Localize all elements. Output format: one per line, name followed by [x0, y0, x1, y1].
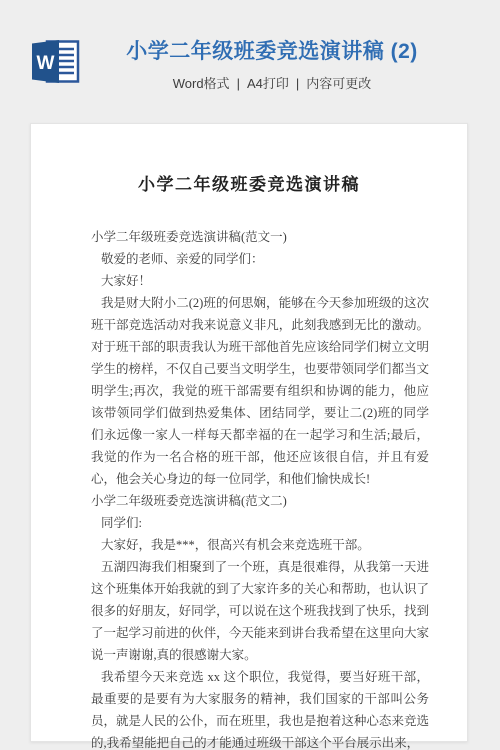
document-title: 小学二年级班委竞选演讲稿: [31, 174, 467, 196]
paragraph: 我是财大附小二(2)班的何思娴，能够在今天参加班级的这次班干部竞选活动对我来说意…: [91, 292, 429, 490]
word-file-icon: W: [32, 40, 80, 83]
format-word: Word格式: [173, 76, 230, 91]
page-title: 小学二年级班委竞选演讲稿 (2): [44, 38, 500, 65]
divider: |: [237, 76, 240, 91]
word-icon-letter: W: [37, 53, 55, 74]
format-editable: 内容可更改: [306, 76, 371, 91]
paragraph: 大家好，我是***，很高兴有机会来竞选班干部。: [91, 534, 429, 556]
paragraph: 我希望今天来竞选 xx 这个职位，我觉得，要当好班干部，最重要的是要有为大家服务…: [91, 666, 429, 750]
section-heading: 小学二年级班委竞选演讲稿(范文二): [91, 490, 429, 512]
paragraph: 敬爱的老师、亲爱的同学们：: [91, 248, 429, 270]
paragraph: 大家好！: [91, 270, 429, 292]
paragraph: 同学们:: [91, 512, 429, 534]
document-page: 小学二年级班委竞选演讲稿 小学二年级班委竞选演讲稿(范文一) 敬爱的老师、亲爱的…: [30, 123, 468, 742]
document-body: 小学二年级班委竞选演讲稿(范文一) 敬爱的老师、亲爱的同学们： 大家好！ 我是财…: [91, 226, 429, 750]
header: W 小学二年级班委竞选演讲稿 (2) Word格式|A4打印|内容可更改: [0, 38, 500, 98]
divider: |: [296, 76, 299, 91]
paragraph: 五湖四海我们相聚到了一个班，真是很难得，从我第一天进这个班集体开始我就的到了大家…: [91, 556, 429, 666]
format-a4: A4打印: [247, 76, 289, 91]
header-text: 小学二年级班委竞选演讲稿 (2) Word格式|A4打印|内容可更改: [44, 38, 500, 92]
section-heading: 小学二年级班委竞选演讲稿(范文一): [91, 226, 429, 248]
format-info: Word格式|A4打印|内容可更改: [44, 73, 500, 92]
